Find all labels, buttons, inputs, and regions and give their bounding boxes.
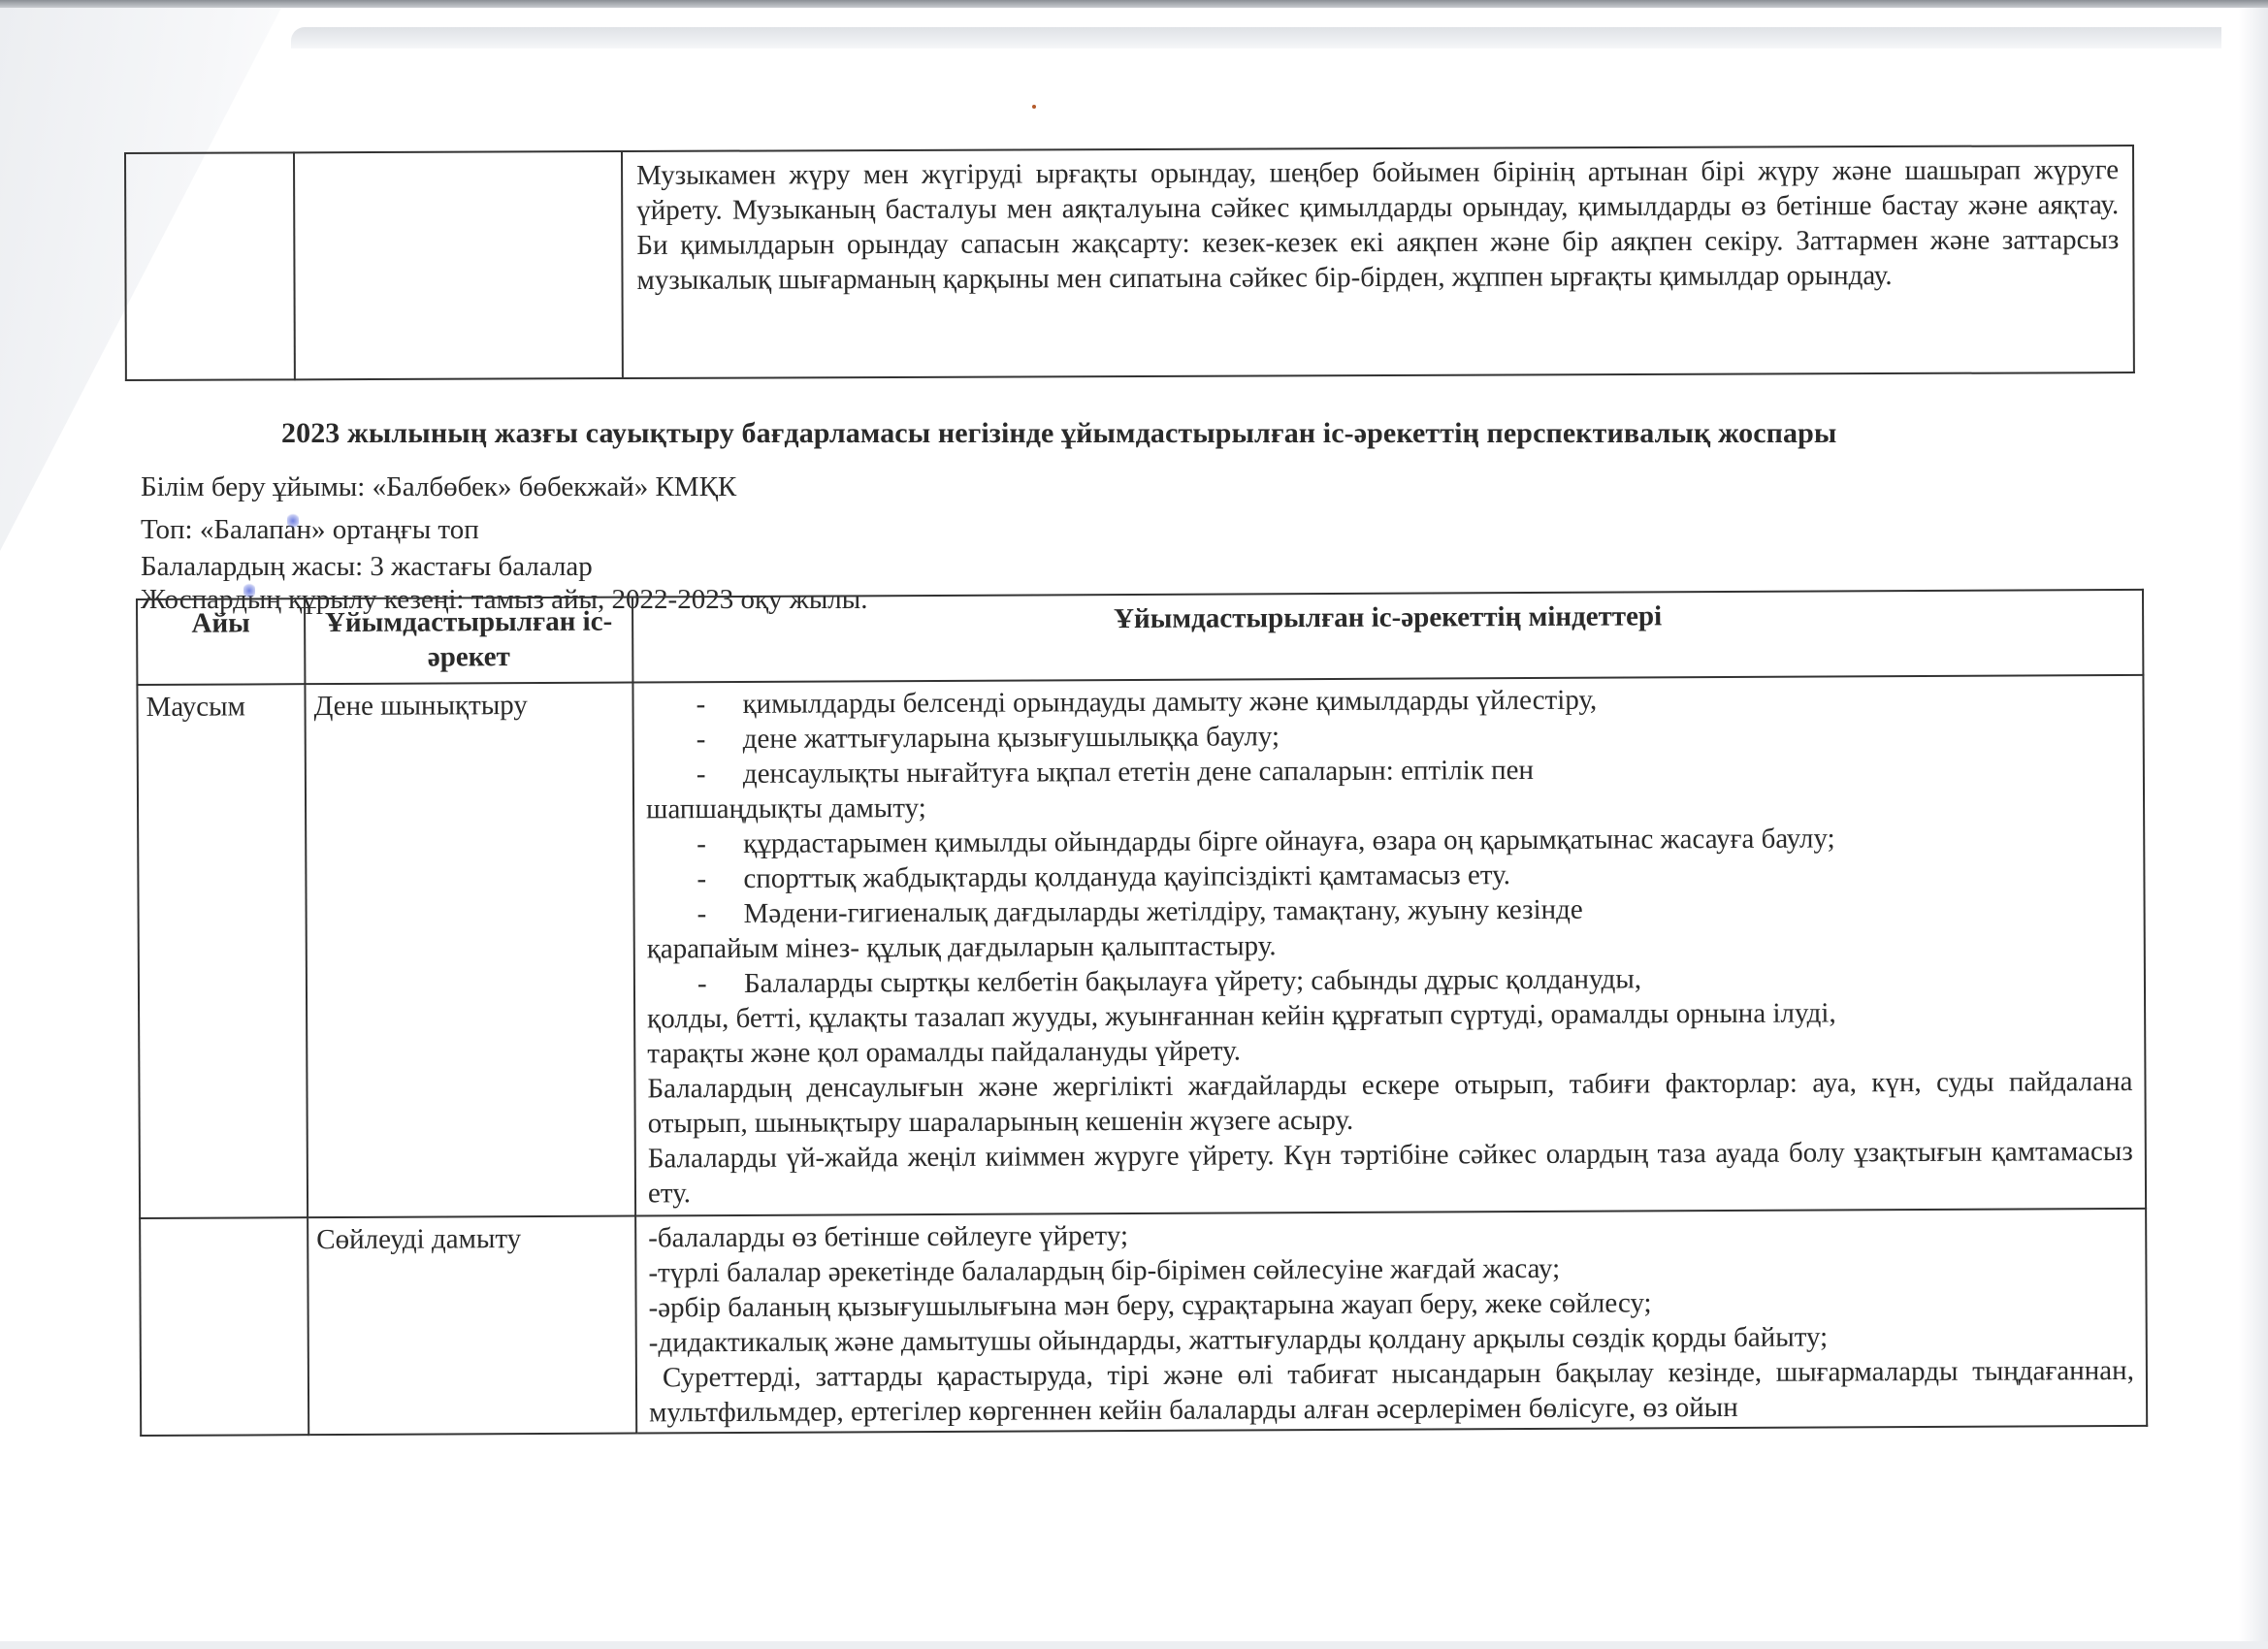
continuation-table: Музыкамен жүру мен жүгіруді ырғақты орын… [124,145,2135,381]
month-cell [125,152,295,380]
task-bullet-item: -денсаулықты нығайтуға ықпал ететін дене… [646,750,2131,792]
tasks-cell: -қимылдарды белсенді орындауды дамыту жә… [632,675,2146,1216]
bullet-dash: - [697,722,706,757]
task-text: Балаларды сыртқы келбетін бақылауға үйре… [705,963,1641,999]
plan-table: Айы Ұйымдастырылған іс-әрекет Ұйымдастыр… [136,589,2148,1437]
group-line: Топ: «Балапан» ортаңғы топ [141,514,479,546]
activity-cell: Дене шынықтыру [305,682,635,1217]
scanner-paper-edge [291,27,2221,48]
document-title: 2023 жылының жазғы сауықтыру бағдарламас… [281,417,1836,450]
ink-blot [287,512,299,530]
month-cell [140,1217,308,1436]
bullet-dash: - [697,896,707,931]
age-line: Балалардың жасы: 3 жастағы балалар [141,551,593,583]
ink-speck [1032,105,1036,109]
scanner-top-edge [0,0,2268,8]
task-text: қимылдарды белсенді орындауды дамыту жән… [703,685,1597,720]
task-bullet-item: -Мәдени-гигиеналық дағдыларды жетілдіру,… [647,889,2132,931]
ink-blot [243,582,255,599]
task-text: құрдастарымен қимылды ойындарды бірге ой… [704,823,1835,859]
bullet-dash: - [697,966,707,1001]
activity-cell [294,151,623,379]
table-row: Маусым Дене шынықтыру -қимылдарды белсен… [137,675,2146,1218]
task-paragraph: Суреттерді, заттарды қарастыруда, тірі ж… [649,1353,2134,1430]
tasks-cell: -балаларды өз бетінше сөйлеуге үйрету;-т… [635,1209,2147,1434]
column-header-month: Айы [137,598,305,685]
month-cell: Маусым [137,684,308,1218]
scanned-page: Музыкамен жүру мен жүгіруді ырғақты орын… [0,0,2268,1649]
activity-cell: Сөйлеуді дамыту [308,1215,636,1435]
bullet-dash: - [697,757,706,792]
table-row: Музыкамен жүру мен жүгіруді ырғақты орын… [125,145,2134,380]
organization-line: Білім беру ұйымы: «Балбөбек» бөбекжай» К… [141,471,736,503]
task-paragraph: Балаларды үй-жайда жеңіл киіммен жүруге … [648,1134,2133,1211]
bullet-dash: - [697,861,706,896]
bullet-dash: - [696,687,705,722]
task-bullet-item: -Балаларды сыртқы келбетін бақылауға үйр… [647,959,2132,1001]
task-text: дене жаттығуларына қызығушылыққа баулу; [704,721,1280,755]
table-row: Сөйлеуді дамыту -балаларды өз бетінше сө… [140,1209,2147,1436]
scanner-right-shadow [2239,8,2268,1647]
task-text: спорттық жабдықтарды қолдануда қауіпсізд… [704,859,1510,894]
column-header-tasks: Ұйымдастырылған іс-әрекеттің міндеттері [632,590,2143,683]
column-header-activity: Ұйымдастырылған іс-әрекет [305,597,632,684]
tasks-cell: Музыкамен жүру мен жүгіруді ырғақты орын… [622,145,2134,378]
table-header-row: Айы Ұйымдастырылған іс-әрекет Ұйымдастыр… [137,590,2143,685]
task-text: Мәдени-гигиеналық дағдыларды жетілдіру, … [705,894,1583,929]
task-text: денсаулықты нығайтуға ықпал ететін дене … [704,755,1534,790]
bullet-dash: - [697,826,706,861]
scanner-bottom-edge [0,1641,2268,1649]
task-paragraph: Балалардың денсаулығын және жергілікті ж… [647,1064,2132,1141]
